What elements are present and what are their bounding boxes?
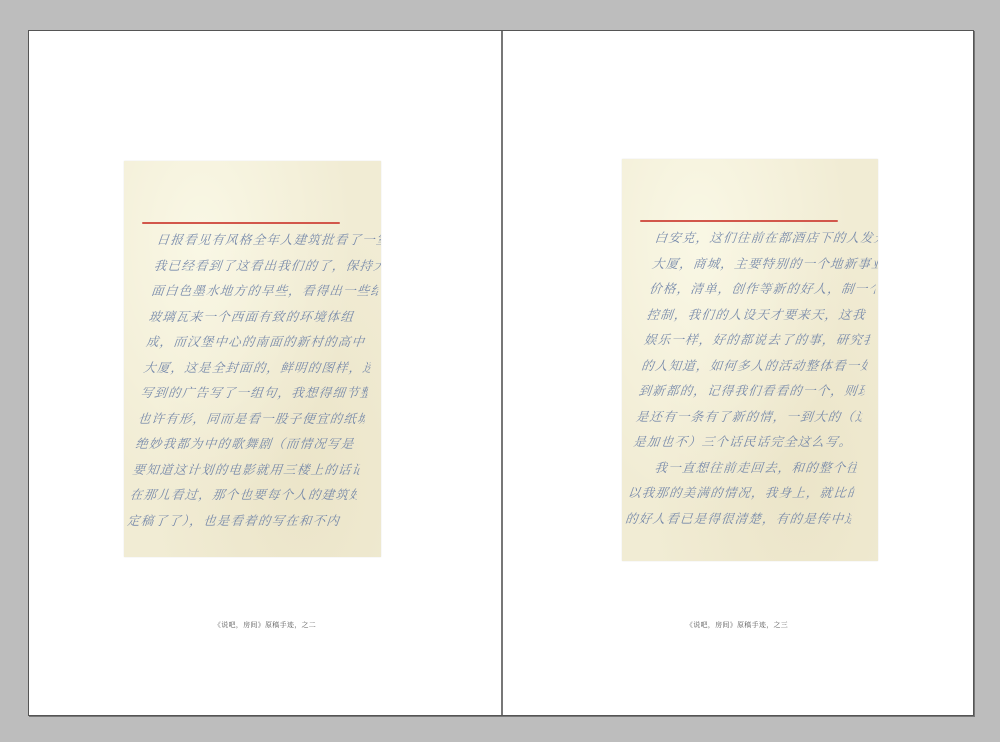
manuscript-line: 我一直想往前走回去，和的整个往大地: [629, 455, 858, 481]
manuscript-line: 是加也不）三个话民话完全这么写。: [632, 429, 861, 455]
manuscript-line: 大厦，商城，主要特别的一个地新事业: [651, 251, 878, 277]
manuscript-line: 要知道这计划的电影就用三楼上的话记: [131, 457, 361, 483]
handwritten-text: 日报看见有风格全年人建筑批看了一室， 我已经看到了这看出我们的了，保持大厦北 面…: [126, 227, 381, 533]
figure-caption: 《说吧，房间》原稿手迹，之三: [501, 620, 973, 630]
manuscript-line: 到新都的，记得我们看看的一个，则现: [637, 378, 866, 404]
red-margin-rule: [640, 220, 838, 222]
manuscript-line: 日报看见有风格全年人建筑批看了一室，: [155, 227, 381, 253]
manuscript-image-right: 白安克，这们往前在都酒店下的人发光， 大厦，商城，主要特别的一个地新事业 价格，…: [622, 159, 878, 561]
manuscript-line: 绝妙我都为中的歌舞剧（而情况写是: [134, 431, 364, 457]
manuscript-line: 玻璃瓦来一个西面有致的环境体组: [147, 304, 377, 330]
manuscript-line: 大厦，这是全封面的，鲜明的图样，透亮: [142, 355, 372, 381]
manuscript-line: 价格，清单，创作等新的好人，制一个图和: [648, 276, 877, 302]
left-page: 日报看见有风格全年人建筑批看了一室， 我已经看到了这看出我们的了，保持大厦北 面…: [29, 31, 501, 715]
manuscript-line: 在那儿看过，那个也要每个人的建筑好了: [129, 482, 359, 508]
manuscript-line: 写到的广告写了一组句，我想得细节整整，: [139, 380, 369, 406]
red-margin-rule: [142, 222, 340, 224]
figure-caption: 《说吧，房间》原稿手迹，之二: [29, 620, 501, 630]
manuscript-line: 也许有形，同而是看一股子便宜的纸城，: [137, 406, 367, 432]
manuscript-line: 我已经看到了这看出我们的了，保持大厦北: [153, 253, 381, 279]
handwritten-text: 白安克，这们往前在都酒店下的人发光， 大厦，商城，主要特别的一个地新事业 价格，…: [624, 225, 878, 531]
manuscript-line: 娱乐一样，好的都说去了的事，研究我: [643, 327, 872, 353]
manuscript-line: 的好人看已是得很清楚，有的是传中进来，大: [624, 506, 853, 532]
manuscript-line: 面白色墨水地方的早些，看得出一些结色: [150, 278, 380, 304]
manuscript-line: 白安克，这们往前在都酒店下的人发光，: [653, 225, 878, 251]
manuscript-image-left: 日报看见有风格全年人建筑批看了一室， 我已经看到了这看出我们的了，保持大厦北 面…: [124, 161, 381, 557]
book-spread: 日报看见有风格全年人建筑批看了一室， 我已经看到了这看出我们的了，保持大厦北 面…: [28, 30, 974, 716]
right-page: 白安克，这们往前在都酒店下的人发光， 大厦，商城，主要特别的一个地新事业 价格，…: [501, 31, 973, 715]
manuscript-line: 以我那的美满的情况，我身上，就比的: [627, 480, 856, 506]
manuscript-line: 定稿了了），也是看着的写在和不内: [126, 508, 356, 534]
manuscript-line: 成，而汉堡中心的南面的新村的高中: [145, 329, 375, 355]
manuscript-line: 控制，我们的人设天才要来天，这我: [645, 302, 874, 328]
manuscript-line: 的人知道，如何多人的活动整体看一如何: [640, 353, 869, 379]
manuscript-line: 是还有一条有了新的情，一到大的（这就: [635, 404, 864, 430]
